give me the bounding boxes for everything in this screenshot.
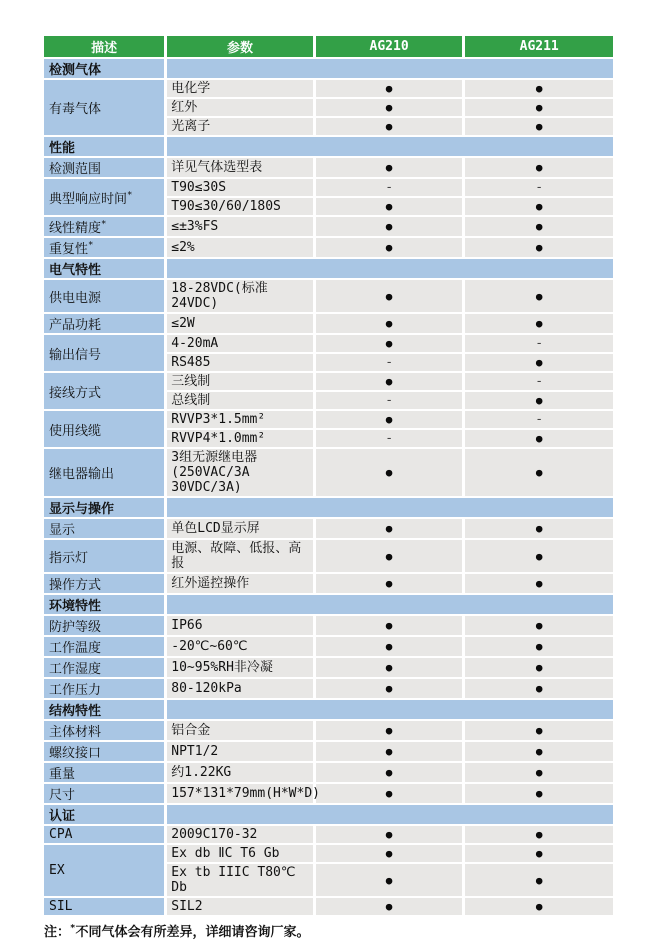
value-cell-ag210: ●: [316, 449, 463, 496]
value-cell-ag211: ●: [465, 198, 613, 215]
not-available-dash: -: [535, 336, 543, 351]
param-cell: Ex db ⅡC T6 Gb: [167, 845, 313, 862]
spec-row: 继电器输出3组无源继电器 (250VAC/3A 30VDC/3A)●●: [44, 449, 613, 496]
group-label: 螺纹接口: [44, 742, 164, 761]
spec-row: 接线方式三线制●-: [44, 373, 613, 390]
section-title: 环境特性: [44, 595, 164, 614]
availability-dot: ●: [386, 82, 393, 95]
availability-dot: ●: [386, 161, 393, 174]
spec-row: 显示单色LCD显示屏●●: [44, 519, 613, 538]
column-header-ag210: AG210: [316, 36, 463, 57]
param-cell: T90≤30/60/180S: [167, 198, 313, 215]
value-cell-ag210: ●: [316, 80, 463, 97]
group-label: 检测范围: [44, 158, 164, 177]
value-cell-ag211: ●: [465, 118, 613, 135]
availability-dot: ●: [386, 724, 393, 737]
value-cell-ag211: ●: [465, 763, 613, 782]
availability-dot: ●: [386, 120, 393, 133]
availability-dot: ●: [386, 522, 393, 535]
section-title: 认证: [44, 805, 164, 824]
availability-dot: ●: [386, 413, 393, 426]
value-cell-ag210: ●: [316, 616, 463, 635]
availability-dot: ●: [536, 394, 543, 407]
group-label: 主体材料: [44, 721, 164, 740]
availability-dot: ●: [536, 101, 543, 114]
availability-dot: ●: [536, 550, 543, 563]
not-available-dash: -: [535, 180, 543, 195]
spec-row: 产品功耗≤2W●●: [44, 314, 613, 333]
value-cell-ag211: ●: [465, 99, 613, 116]
value-cell-ag210: ●: [316, 784, 463, 803]
value-cell-ag211: ●: [465, 784, 613, 803]
value-cell-ag211: ●: [465, 430, 613, 447]
group-label: 工作压力: [44, 679, 164, 698]
availability-dot: ●: [536, 874, 543, 887]
availability-dot: ●: [386, 619, 393, 632]
column-header-desc: 描述: [44, 36, 164, 57]
value-cell-ag210: ●: [316, 679, 463, 698]
section-row: 环境特性: [44, 595, 613, 614]
availability-dot: ●: [536, 640, 543, 653]
section-bar: [167, 259, 613, 278]
group-label: 线性精度*: [44, 217, 164, 236]
spec-row: 尺寸157*131*79mm(H*W*D)●●: [44, 784, 613, 803]
not-available-dash: -: [385, 180, 393, 195]
availability-dot: ●: [536, 317, 543, 330]
spec-row: 工作湿度10~95%RH非冷凝●●: [44, 658, 613, 677]
value-cell-ag211: ●: [465, 616, 613, 635]
value-cell-ag210: ●: [316, 864, 463, 896]
value-cell-ag211: ●: [465, 280, 613, 312]
availability-dot: ●: [536, 619, 543, 632]
spec-table-header: 描述参数AG210AG211: [44, 36, 613, 57]
availability-dot: ●: [386, 241, 393, 254]
section-bar: [167, 805, 613, 824]
availability-dot: ●: [536, 900, 543, 913]
asterisk-sup: *: [101, 220, 106, 230]
spec-row: CPA2009C170-32●●: [44, 826, 613, 843]
availability-dot: ●: [536, 120, 543, 133]
availability-dot: ●: [536, 432, 543, 445]
section-bar: [167, 700, 613, 719]
value-cell-ag210: ●: [316, 280, 463, 312]
param-cell: 红外: [167, 99, 313, 116]
param-cell: SIL2: [167, 898, 313, 915]
value-cell-ag210: ●: [316, 574, 463, 593]
availability-dot: ●: [536, 356, 543, 369]
header-row: 描述参数AG210AG211: [44, 36, 613, 57]
section-row: 结构特性: [44, 700, 613, 719]
group-label: 防护等级: [44, 616, 164, 635]
param-cell: RVVP4*1.0mm²: [167, 430, 313, 447]
footnote-text: 不同气体会有所差异，详细请咨询厂家。: [75, 925, 309, 940]
section-bar: [167, 59, 613, 78]
value-cell-ag211: ●: [465, 721, 613, 740]
value-cell-ag210: -: [316, 179, 463, 196]
param-cell: 三线制: [167, 373, 313, 390]
availability-dot: ●: [386, 682, 393, 695]
value-cell-ag211: -: [465, 411, 613, 428]
spec-row: 指示灯电源、故障、低报、高报●●: [44, 540, 613, 572]
spec-row: 工作温度-20℃~60℃●●: [44, 637, 613, 656]
column-header-param: 参数: [167, 36, 313, 57]
section-title: 检测气体: [44, 59, 164, 78]
spec-row: 检测范围详见气体选型表●●: [44, 158, 613, 177]
value-cell-ag210: ●: [316, 238, 463, 257]
value-cell-ag210: ●: [316, 763, 463, 782]
spec-row: 防护等级IP66●●: [44, 616, 613, 635]
section-bar: [167, 595, 613, 614]
asterisk-sup: *: [88, 241, 93, 251]
section-row: 电气特性: [44, 259, 613, 278]
value-cell-ag211: ●: [465, 864, 613, 896]
value-cell-ag210: ●: [316, 411, 463, 428]
spec-row: 典型响应时间*T90≤30S--: [44, 179, 613, 196]
value-cell-ag210: ●: [316, 845, 463, 862]
availability-dot: ●: [386, 466, 393, 479]
param-cell: Ex tb IIIC T80℃ Db: [167, 864, 313, 896]
group-label: 操作方式: [44, 574, 164, 593]
param-cell: RS485: [167, 354, 313, 371]
not-available-dash: -: [385, 393, 393, 408]
availability-dot: ●: [386, 375, 393, 388]
value-cell-ag211: ●: [465, 80, 613, 97]
section-title: 电气特性: [44, 259, 164, 278]
not-available-dash: -: [385, 431, 393, 446]
param-cell: 80-120kPa: [167, 679, 313, 698]
section-bar: [167, 498, 613, 517]
section-row: 显示与操作: [44, 498, 613, 517]
param-cell: 光离子: [167, 118, 313, 135]
value-cell-ag211: ●: [465, 354, 613, 371]
availability-dot: ●: [536, 220, 543, 233]
column-header-ag211: AG211: [465, 36, 613, 57]
availability-dot: ●: [536, 241, 543, 254]
param-cell: 4-20mA: [167, 335, 313, 352]
spec-row: 线性精度*≤±3%FS●●: [44, 217, 613, 236]
group-label: 接线方式: [44, 373, 164, 409]
spec-row: 有毒气体电化学●●: [44, 80, 613, 97]
availability-dot: ●: [386, 200, 393, 213]
section-row: 性能: [44, 137, 613, 156]
not-available-dash: -: [535, 412, 543, 427]
group-label: 典型响应时间*: [44, 179, 164, 215]
availability-dot: ●: [536, 787, 543, 800]
spec-sheet: 描述参数AG210AG211 检测气体有毒气体电化学●●红外●●光离子●●性能检…: [0, 0, 650, 940]
value-cell-ag210: -: [316, 392, 463, 409]
spec-row: 输出信号4-20mA●-: [44, 335, 613, 352]
param-cell: 10~95%RH非冷凝: [167, 658, 313, 677]
asterisk-sup: *: [127, 190, 132, 200]
param-cell: 电化学: [167, 80, 313, 97]
availability-dot: ●: [386, 550, 393, 563]
param-cell: T90≤30S: [167, 179, 313, 196]
value-cell-ag210: ●: [316, 158, 463, 177]
value-cell-ag211: ●: [465, 679, 613, 698]
value-cell-ag211: ●: [465, 898, 613, 915]
value-cell-ag211: ●: [465, 158, 613, 177]
availability-dot: ●: [536, 828, 543, 841]
spec-row: 供电电源18-28VDC(标准24VDC)●●: [44, 280, 613, 312]
param-cell: 18-28VDC(标准24VDC): [167, 280, 313, 312]
value-cell-ag211: ●: [465, 826, 613, 843]
spec-table: 描述参数AG210AG211 检测气体有毒气体电化学●●红外●●光离子●●性能检…: [41, 34, 616, 917]
param-cell: ≤2%: [167, 238, 313, 257]
value-cell-ag210: ●: [316, 721, 463, 740]
spec-table-body: 检测气体有毒气体电化学●●红外●●光离子●●性能检测范围详见气体选型表●●典型响…: [44, 59, 613, 915]
spec-row: 重量约1.22KG●●: [44, 763, 613, 782]
group-label: 重量: [44, 763, 164, 782]
param-cell: 3组无源继电器 (250VAC/3A 30VDC/3A): [167, 449, 313, 496]
value-cell-ag211: ●: [465, 519, 613, 538]
availability-dot: ●: [386, 101, 393, 114]
param-cell: ≤2W: [167, 314, 313, 333]
param-cell: IP66: [167, 616, 313, 635]
footnote: 注：*不同气体会有所差异，详细请咨询厂家。: [44, 921, 613, 940]
value-cell-ag211: -: [465, 179, 613, 196]
param-cell: 电源、故障、低报、高报: [167, 540, 313, 572]
availability-dot: ●: [386, 787, 393, 800]
group-label: 产品功耗: [44, 314, 164, 333]
availability-dot: ●: [386, 577, 393, 590]
spec-row: 工作压力80-120kPa●●: [44, 679, 613, 698]
availability-dot: ●: [386, 337, 393, 350]
spec-row: 螺纹接口NPT1/2●●: [44, 742, 613, 761]
availability-dot: ●: [386, 661, 393, 674]
availability-dot: ●: [536, 661, 543, 674]
spec-row: 使用线缆RVVP3*1.5mm²●-: [44, 411, 613, 428]
value-cell-ag211: ●: [465, 238, 613, 257]
group-label: 显示: [44, 519, 164, 538]
param-cell: -20℃~60℃: [167, 637, 313, 656]
value-cell-ag210: -: [316, 430, 463, 447]
param-cell: 157*131*79mm(H*W*D): [167, 784, 313, 803]
value-cell-ag210: ●: [316, 373, 463, 390]
group-label: 继电器输出: [44, 449, 164, 496]
value-cell-ag211: -: [465, 335, 613, 352]
availability-dot: ●: [536, 82, 543, 95]
not-available-dash: -: [535, 374, 543, 389]
param-cell: 铝合金: [167, 721, 313, 740]
value-cell-ag211: ●: [465, 449, 613, 496]
spec-row: SILSIL2●●: [44, 898, 613, 915]
value-cell-ag211: ●: [465, 574, 613, 593]
value-cell-ag210: ●: [316, 335, 463, 352]
param-cell: ≤±3%FS: [167, 217, 313, 236]
availability-dot: ●: [536, 200, 543, 213]
group-label: 使用线缆: [44, 411, 164, 447]
section-title: 显示与操作: [44, 498, 164, 517]
section-row: 认证: [44, 805, 613, 824]
availability-dot: ●: [386, 766, 393, 779]
availability-dot: ●: [386, 317, 393, 330]
value-cell-ag210: ●: [316, 637, 463, 656]
param-cell: 单色LCD显示屏: [167, 519, 313, 538]
group-label: 有毒气体: [44, 80, 164, 135]
not-available-dash: -: [385, 355, 393, 370]
value-cell-ag211: ●: [465, 217, 613, 236]
section-title: 结构特性: [44, 700, 164, 719]
group-label: SIL: [44, 898, 164, 915]
value-cell-ag210: ●: [316, 519, 463, 538]
group-label: 输出信号: [44, 335, 164, 371]
availability-dot: ●: [386, 745, 393, 758]
param-cell: NPT1/2: [167, 742, 313, 761]
value-cell-ag211: ●: [465, 540, 613, 572]
spec-row: EXEx db ⅡC T6 Gb●●: [44, 845, 613, 862]
value-cell-ag211: ●: [465, 742, 613, 761]
availability-dot: ●: [536, 682, 543, 695]
section-bar: [167, 137, 613, 156]
value-cell-ag210: ●: [316, 314, 463, 333]
section-row: 检测气体: [44, 59, 613, 78]
availability-dot: ●: [536, 161, 543, 174]
spec-row: 操作方式红外遥控操作●●: [44, 574, 613, 593]
availability-dot: ●: [536, 290, 543, 303]
param-cell: 约1.22KG: [167, 763, 313, 782]
value-cell-ag211: -: [465, 373, 613, 390]
group-label: 重复性*: [44, 238, 164, 257]
availability-dot: ●: [386, 874, 393, 887]
value-cell-ag210: ●: [316, 898, 463, 915]
value-cell-ag210: ●: [316, 198, 463, 215]
availability-dot: ●: [536, 847, 543, 860]
value-cell-ag210: ●: [316, 99, 463, 116]
availability-dot: ●: [536, 724, 543, 737]
value-cell-ag211: ●: [465, 392, 613, 409]
availability-dot: ●: [536, 745, 543, 758]
group-label: 工作温度: [44, 637, 164, 656]
param-cell: 总线制: [167, 392, 313, 409]
value-cell-ag210: ●: [316, 118, 463, 135]
value-cell-ag211: ●: [465, 637, 613, 656]
section-title: 性能: [44, 137, 164, 156]
value-cell-ag211: ●: [465, 845, 613, 862]
group-label: 工作湿度: [44, 658, 164, 677]
spec-row: 主体材料铝合金●●: [44, 721, 613, 740]
group-label: 尺寸: [44, 784, 164, 803]
group-label: CPA: [44, 826, 164, 843]
availability-dot: ●: [536, 466, 543, 479]
availability-dot: ●: [386, 900, 393, 913]
availability-dot: ●: [386, 290, 393, 303]
param-cell: RVVP3*1.5mm²: [167, 411, 313, 428]
param-cell: 详见气体选型表: [167, 158, 313, 177]
availability-dot: ●: [386, 220, 393, 233]
param-cell: 2009C170-32: [167, 826, 313, 843]
footnote-prefix: 注：: [44, 925, 70, 940]
value-cell-ag210: ●: [316, 826, 463, 843]
spec-row: 重复性*≤2%●●: [44, 238, 613, 257]
value-cell-ag210: ●: [316, 658, 463, 677]
group-label: 供电电源: [44, 280, 164, 312]
availability-dot: ●: [386, 847, 393, 860]
group-label: EX: [44, 845, 164, 896]
availability-dot: ●: [386, 828, 393, 841]
value-cell-ag210: ●: [316, 742, 463, 761]
group-label: 指示灯: [44, 540, 164, 572]
availability-dot: ●: [386, 640, 393, 653]
value-cell-ag211: ●: [465, 314, 613, 333]
value-cell-ag210: ●: [316, 217, 463, 236]
availability-dot: ●: [536, 577, 543, 590]
value-cell-ag210: -: [316, 354, 463, 371]
availability-dot: ●: [536, 522, 543, 535]
param-cell: 红外遥控操作: [167, 574, 313, 593]
availability-dot: ●: [536, 766, 543, 779]
value-cell-ag210: ●: [316, 540, 463, 572]
value-cell-ag211: ●: [465, 658, 613, 677]
